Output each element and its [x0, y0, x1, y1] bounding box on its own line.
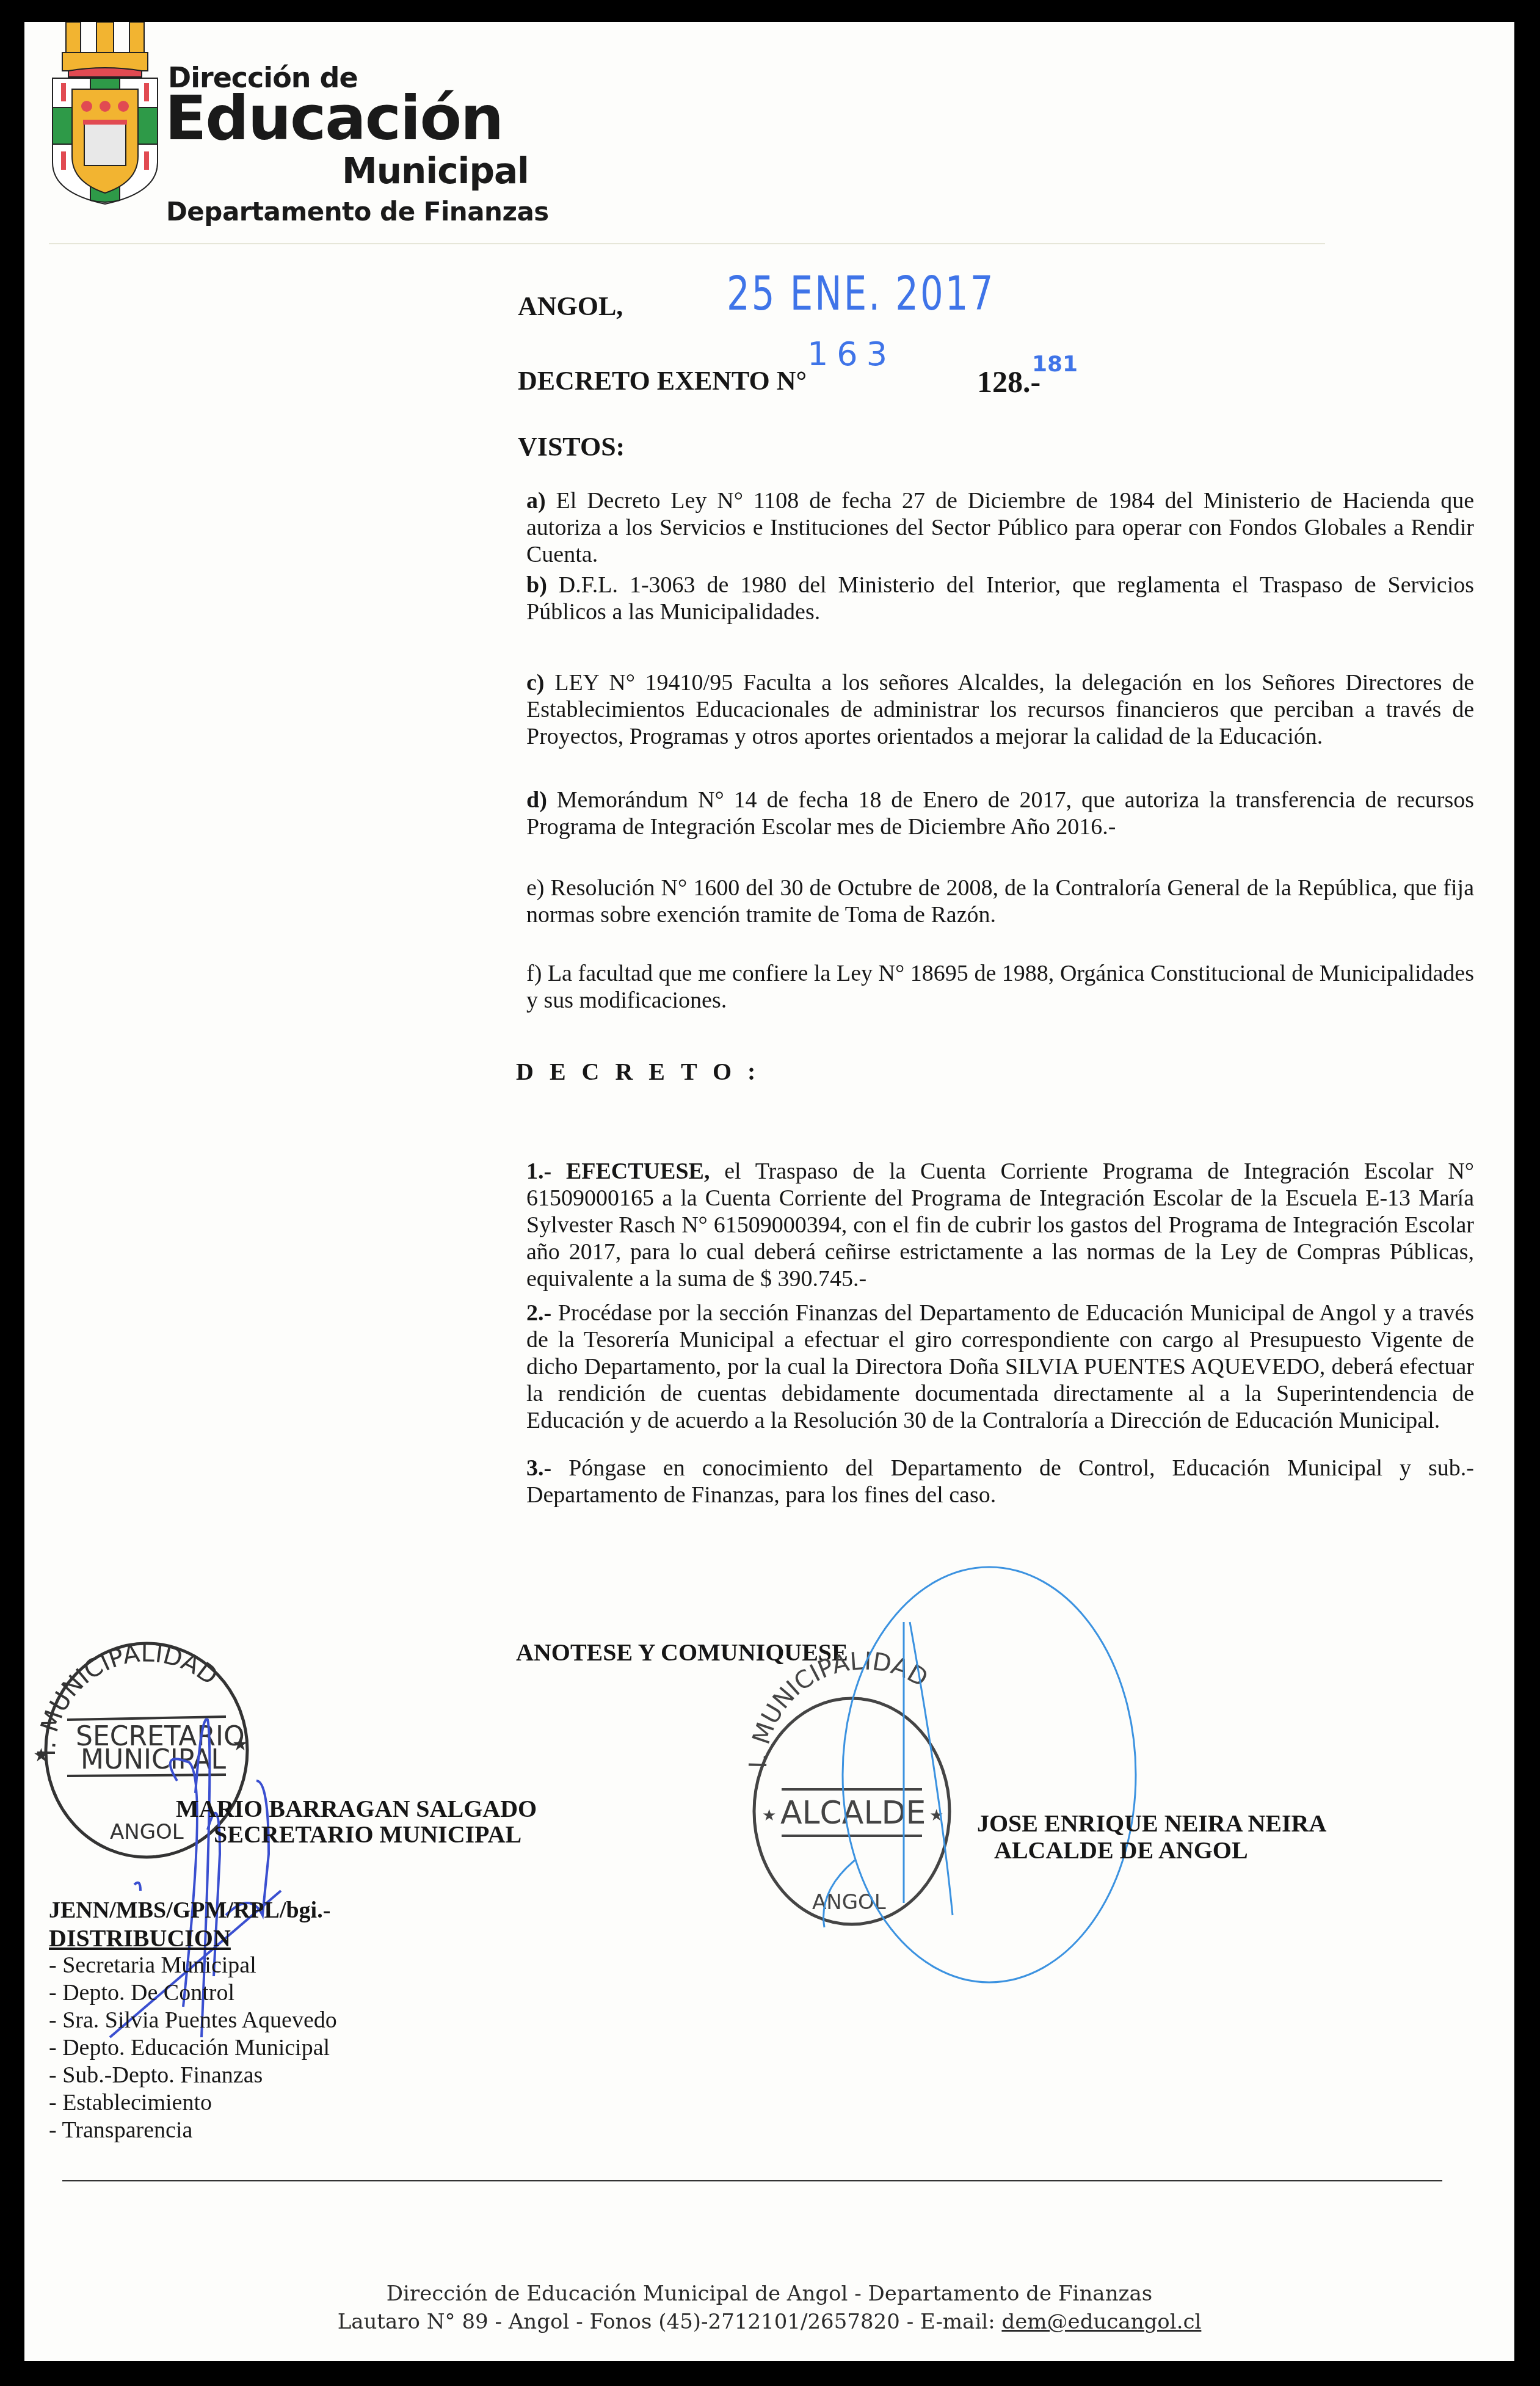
visto-b: b) D.F.L. 1-3063 de 1980 del Ministerio …	[68, 572, 1474, 625]
decreto-item-3: 3.- Póngase en conocimiento del Departam…	[68, 1455, 1474, 1508]
footer-email-link[interactable]: dem@educangol.cl	[1001, 2310, 1201, 2334]
visto-text: D.F.L. 1-3063 de 1980 del Ministerio del…	[526, 572, 1474, 625]
svg-text:★: ★	[762, 1806, 776, 1824]
secretary-name: MARIO BARRAGAN SALGADO	[176, 1794, 537, 1823]
decree-small-stamp: 181	[1032, 352, 1078, 377]
visto-a: a) El Decreto Ley N° 1108 de fecha 27 de…	[68, 487, 1474, 568]
decree-number: 128.-	[977, 364, 1041, 399]
letterhead-title: Educación	[165, 88, 503, 149]
letterhead-line-3: Municipal	[342, 150, 529, 192]
closing-formula: ANOTESE Y COMUNIQUESE	[516, 1638, 848, 1667]
svg-text:SECRETARIO: SECRETARIO	[76, 1721, 245, 1752]
decree-stamp-number: 163	[807, 335, 896, 373]
svg-text:ALCALDE: ALCALDE	[780, 1795, 926, 1831]
letterhead-divider	[49, 243, 1325, 244]
footer-contact: Lautaro N° 89 - Angol - Fonos (45)-27121…	[338, 2310, 995, 2334]
visto-c: c) LEY N° 19410/95 Faculta a los señores…	[68, 669, 1474, 750]
item-lead: EFECTUESE,	[566, 1158, 710, 1184]
visto-letter: c)	[526, 670, 545, 696]
decreto-heading: DECRETO:	[516, 1057, 771, 1086]
vistos-heading: VISTOS:	[518, 431, 625, 462]
svg-text:MUNICIPAL: MUNICIPAL	[81, 1744, 227, 1775]
date-stamp: 25 ENE. 2017	[727, 266, 995, 321]
svg-text:ANGOL: ANGOL	[110, 1820, 184, 1844]
item-text: Póngase en conocimiento del Departamento…	[526, 1455, 1474, 1508]
distribution-item: - Sub.-Depto. Finanzas	[49, 2062, 337, 2089]
initials: JENN/MBS/GPM/RPL/bgi.-	[49, 1897, 337, 1924]
footer-line-2: Lautaro N° 89 - Angol - Fonos (45)-27121…	[24, 2310, 1514, 2334]
visto-letter: a)	[526, 488, 546, 514]
svg-text:★: ★	[232, 1734, 249, 1755]
svg-text:★: ★	[929, 1806, 943, 1824]
distribution-item: - Depto. De Control	[49, 1979, 337, 2007]
mayor-signature	[824, 1567, 1136, 1982]
city-label: ANGOL,	[518, 291, 623, 322]
coat-of-arms-icon	[44, 22, 166, 205]
item-number: 3.-	[526, 1455, 551, 1481]
decreto-item-2: 2.- Procédase por la sección Finanzas de…	[68, 1300, 1474, 1434]
visto-text: Resolución N° 1600 del 30 de Octubre de …	[526, 875, 1474, 928]
visto-text: El Decreto Ley N° 1108 de fecha 27 de Di…	[526, 488, 1474, 567]
item-text: Procédase por la sección Finanzas del De…	[526, 1300, 1474, 1433]
distribution-block: JENN/MBS/GPM/RPL/bgi.- DISTRIBUCION - Se…	[49, 1897, 337, 2144]
distribution-item: - Transparencia	[49, 2117, 337, 2144]
decree-label: DECRETO EXENTO N°	[518, 365, 807, 396]
visto-letter: d)	[526, 787, 547, 813]
decree-document: Dirección de Educación Municipal Departa…	[24, 22, 1514, 2361]
secretary-stamp-top: I. MUNICIPALIDAD	[33, 1640, 223, 1757]
secretary-title: SECRETARIO MUNICIPAL	[214, 1820, 521, 1849]
distribution-item: - Secretaria Municipal	[49, 1952, 337, 1979]
visto-d: d) Memorándum N° 14 de fecha 18 de Enero…	[68, 787, 1474, 840]
mayor-name: JOSE ENRIQUE NEIRA NEIRA	[977, 1809, 1326, 1838]
visto-e: e) Resolución N° 1600 del 30 de Octubre …	[68, 875, 1474, 928]
visto-letter: b)	[526, 572, 547, 598]
svg-text:★: ★	[33, 1745, 49, 1766]
distribution-item: - Depto. Educación Municipal	[49, 2034, 337, 2062]
decreto-item-1: 1.- EFECTUESE, el Traspaso de la Cuenta …	[68, 1158, 1474, 1292]
item-number: 2.-	[526, 1300, 551, 1326]
visto-text: Memorándum N° 14 de fecha 18 de Enero de…	[526, 787, 1474, 840]
distribution-item: - Establecimiento	[49, 2089, 337, 2117]
visto-text: La facultad que me confiere la Ley N° 18…	[526, 961, 1474, 1013]
item-number: 1.-	[526, 1158, 551, 1184]
svg-text:ANGOL: ANGOL	[812, 1890, 886, 1915]
visto-text: LEY N° 19410/95 Faculta a los señores Al…	[526, 670, 1474, 749]
visto-f: f) La facultad que me confiere la Ley N°…	[68, 960, 1474, 1014]
letterhead-department: Departamento de Finanzas	[166, 197, 549, 227]
mayor-title: ALCALDE DE ANGOL	[994, 1836, 1248, 1864]
footer-line-1: Dirección de Educación Municipal de Ango…	[24, 2282, 1514, 2306]
footer-divider	[62, 2180, 1442, 2181]
distribution-item: - Sra. Silvia Puentes Aquevedo	[49, 2007, 337, 2034]
distribution-title: DISTRIBUCION	[49, 1924, 337, 1952]
visto-letter: e)	[526, 875, 545, 901]
visto-letter: f)	[526, 961, 542, 986]
